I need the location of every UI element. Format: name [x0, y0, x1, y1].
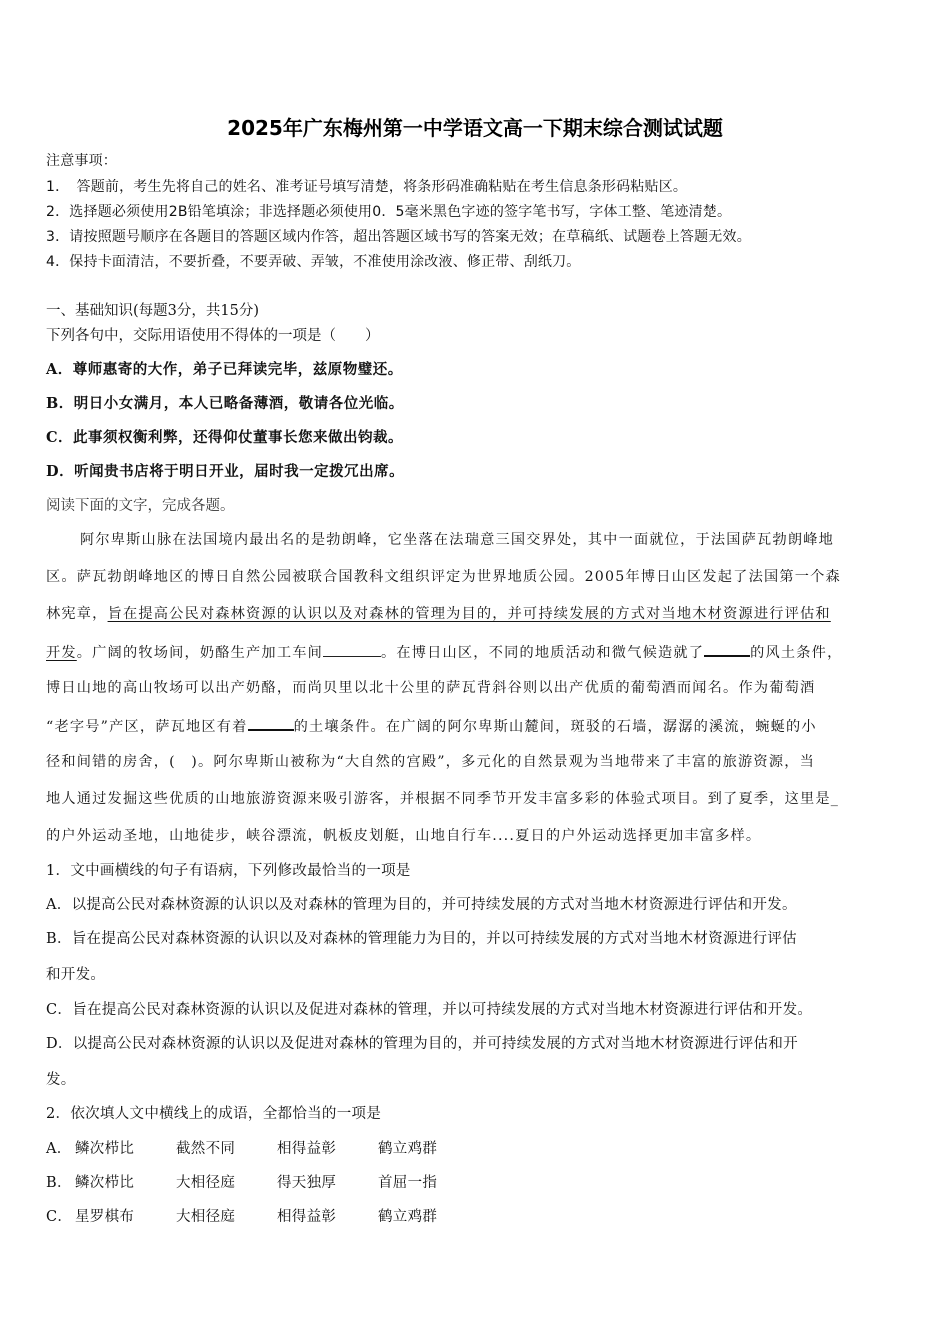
q1-option-d: D．以提高公民对森林资源的认识以及促进对森林的管理为目的，并可持续发展的方式对当… — [46, 1034, 798, 1054]
passage-line-4: 开发。广阔的牧场间，奶酪生产加工车间。在博日山区，不同的地质活动和微气候造就了的… — [46, 641, 842, 663]
passage-line-7: 径和间错的房舍，( )。阿尔卑斯山被称为“大自然的宫殿”，多元化的自然景观为当地… — [46, 752, 815, 772]
idiom: 星罗棋布 — [75, 1207, 176, 1227]
fill-blank-2 — [704, 641, 750, 657]
option-text: 明日小女满月，本人已略备薄酒，敬请各位光临。 — [74, 395, 404, 412]
question-stem: 下列各句中，交际用语使用不得体的一项是（ ） — [46, 326, 380, 346]
option-label: B． — [46, 395, 74, 412]
passage-line-8: 地人通过发掘这些优质的山地旅游资源来吸引游客，并根据不同季节开发丰富多彩的体验式… — [46, 789, 839, 809]
idiom: 大相径庭 — [176, 1173, 277, 1193]
option-b: B．明日小女满月，本人已略备薄酒，敬请各位光临。 — [46, 394, 404, 414]
q1-option-a: A．以提高公民对森林资源的认识以及对森林的管理为目的，并可持续发展的方式对当地木… — [46, 895, 797, 915]
reading-instruction: 阅读下面的文字，完成各题。 — [46, 496, 235, 516]
fill-blank-1 — [323, 642, 381, 657]
passage-text: “老字号”产区，萨瓦地区有着 — [46, 719, 248, 735]
q2-option-a: A．鳞次栉比截然不同相得益彰鹤立鸡群 — [46, 1139, 479, 1159]
option-c: C．此事须权衡利弊，还得仰仗董事长您来做出钧裁。 — [46, 428, 403, 448]
notice-item-3: 3．请按照题号顺序在各题目的答题区域内作答，超出答题区域书写的答案无效；在草稿纸… — [46, 227, 751, 247]
idiom: 鹤立鸡群 — [378, 1207, 479, 1227]
idiom: 首屈一指 — [378, 1173, 479, 1193]
underlined-sentence-end: 开发 — [46, 645, 77, 661]
option-label: C． — [46, 429, 73, 446]
underlined-sentence: 旨在提高公民对森林资源的认识以及对森林的管理为目的，并可持续发展的方式对当地木材… — [108, 606, 831, 622]
q2-option-b: B．鳞次栉比大相径庭得天独厚首屈一指 — [46, 1173, 479, 1193]
idiom: 鳞次栉比 — [75, 1173, 176, 1193]
notice-item-4: 4．保持卡面清洁，不要折叠，不要弄破、弄皱，不准使用涂改液、修正带、刮纸刀。 — [46, 252, 581, 272]
q2-option-c: C．星罗棋布大相径庭相得益彰鹤立鸡群 — [46, 1207, 479, 1227]
passage-line-1: 阿尔卑斯山脉在法国境内最出名的是勃朗峰，它坐落在法瑞意三国交界处，其中一面就位，… — [80, 530, 834, 550]
exam-title: 2025年广东梅州第一中学语文高一下期末综合测试试题 — [0, 112, 950, 141]
passage-text: 。在博日山区，不同的地质活动和微气候造就了 — [381, 645, 704, 661]
option-text: 听闻贵书店将于明日开业，届时我一定拨冗出席。 — [74, 463, 404, 480]
passage-line-6: “老字号”产区，萨瓦地区有着的土壤条件。在广阔的阿尔卑斯山麓间，斑驳的石墙，潺潺… — [46, 715, 817, 737]
section-heading: 一、基础知识(每题3分，共15分) — [46, 301, 259, 321]
exam-page: 2025年广东梅州第一中学语文高一下期末综合测试试题 注意事项： 1． 答题前，… — [0, 0, 950, 1344]
option-text: 此事须权衡利弊，还得仰仗董事长您来做出钧裁。 — [73, 429, 403, 446]
notice-item-1: 1． 答题前，考生先将自己的姓名、准考证号填写清楚，将条形码准确粘贴在考生信息条… — [46, 177, 687, 197]
option-text: 尊师惠寄的大作，弟子已拜读完毕，兹原物璧还。 — [73, 361, 403, 378]
q1-option-d-cont: 发。 — [46, 1070, 76, 1090]
idiom: 得天独厚 — [277, 1173, 378, 1193]
option-label: A． — [46, 361, 73, 378]
idiom: 相得益彰 — [277, 1207, 378, 1227]
q1-stem: 1．文中画横线的句子有语病，下列修改最恰当的一项是 — [46, 861, 411, 881]
passage-text: 。广阔的牧场间，奶酪生产加工车间 — [77, 645, 323, 661]
passage-line-9: 的户外运动圣地，山地徒步，峡谷漂流，帆板皮划艇，山地自行车....夏日的户外运动… — [46, 826, 761, 846]
q1-option-c: C．旨在提高公民对森林资源的认识以及促进对森林的管理，并以可持续发展的方式对当地… — [46, 1000, 812, 1020]
q1-option-b: B．旨在提高公民对森林资源的认识以及对森林的管理能力为目的，并以可持续发展的方式… — [46, 929, 797, 949]
option-a: A．尊师惠寄的大作，弟子已拜读完毕，兹原物璧还。 — [46, 360, 403, 380]
option-label: B． — [46, 1173, 75, 1193]
idiom: 大相径庭 — [176, 1207, 277, 1227]
option-label: D． — [46, 463, 74, 480]
notice-heading: 注意事项： — [46, 151, 117, 171]
option-label: C． — [46, 1207, 75, 1227]
idiom: 鹤立鸡群 — [378, 1139, 479, 1159]
q1-option-b-cont: 和开发。 — [46, 965, 105, 985]
passage-text: 的风土条件， — [750, 645, 842, 661]
passage-line-3: 林宪章，旨在提高公民对森林资源的认识以及对森林的管理为目的，并可持续发展的方式对… — [46, 604, 831, 624]
passage-line-5: 博日山地的高山牧场可以出产奶酪，而尚贝里以北十公里的萨瓦背斜谷则以出产优质的葡萄… — [46, 678, 815, 698]
notice-item-2: 2．选择题必须使用2B铅笔填涂；非选择题必须使用0．5毫米黑色字迹的签字笔书写，… — [46, 202, 731, 222]
idiom: 截然不同 — [176, 1139, 277, 1159]
option-d: D．听闻贵书店将于明日开业，届时我一定拨冗出席。 — [46, 462, 404, 482]
idiom: 相得益彰 — [277, 1139, 378, 1159]
passage-text: 林宪章， — [46, 606, 108, 622]
q2-stem: 2．依次填人文中横线上的成语，全都恰当的一项是 — [46, 1104, 381, 1124]
fill-blank-3 — [248, 715, 294, 731]
idiom: 鳞次栉比 — [75, 1139, 176, 1159]
passage-line-2: 区。萨瓦勃朗峰地区的博日自然公园被联合国教科文组织评定为世界地质公园。2005年… — [46, 567, 841, 587]
passage-text: 的土壤条件。在广阔的阿尔卑斯山麓间，斑驳的石墙，潺潺的溪流，蜿蜒的小 — [294, 719, 817, 735]
option-label: A． — [46, 1139, 75, 1159]
